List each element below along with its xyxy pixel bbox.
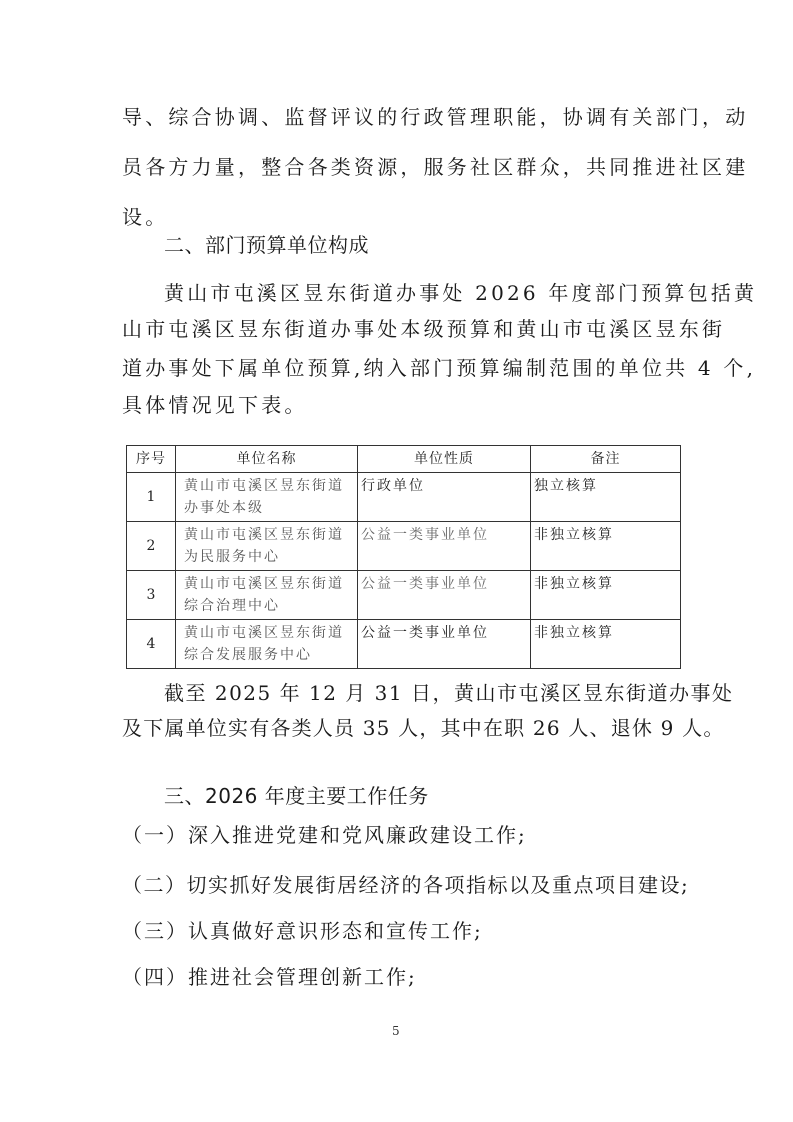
cell-index: 3: [127, 571, 176, 620]
budget-units-table: 序号 单位名称 单位性质 备注 1 黄山市屯溪区昱东街道 办事处本级 行政单位 …: [126, 445, 681, 669]
section-2-paragraph-line-2: 山市屯溪区昱东街道办事处本级预算和黄山市屯溪区昱东街: [122, 316, 682, 342]
intro-line-3: 设。: [122, 204, 682, 230]
section-3-heading: 三、2026 年度主要工作任务: [164, 783, 429, 809]
cell-unit-name: 黄山市屯溪区昱东街道 为民服务中心: [176, 522, 358, 571]
cell-remark: 非独立核算: [531, 571, 681, 620]
task-item-3: （三）认真做好意识形态和宣传工作;: [122, 918, 682, 944]
cell-unit-nature: 公益一类事业单位: [358, 571, 531, 620]
staff-line-1: 截至 2025 年 12 月 31 日，黄山市屯溪区昱东街道办事处: [164, 680, 724, 706]
table-row: 1 黄山市屯溪区昱东街道 办事处本级 行政单位 独立核算: [127, 473, 681, 522]
staff-line-2: 及下属单位实有各类人员 35 人，其中在职 26 人、退休 9 人。: [122, 715, 682, 741]
section-2-paragraph-line-4: 具体情况见下表。: [122, 392, 682, 418]
table-row: 4 黄山市屯溪区昱东街道 综合发展服务中心 公益一类事业单位 非独立核算: [127, 620, 681, 669]
header-unit-nature: 单位性质: [358, 446, 531, 473]
section-2-paragraph-line-1: 黄山市屯溪区昱东街道办事处 2026 年度部门预算包括黄: [164, 280, 724, 306]
section-2-paragraph-line-3: 道办事处下属单位预算,纳入部门预算编制范围的单位共 4 个,: [122, 355, 682, 381]
section-2-heading: 二、部门预算单位构成: [164, 232, 369, 258]
unit-name-line-1: 黄山市屯溪区昱东街道: [184, 573, 354, 595]
cell-unit-nature: 公益一类事业单位: [358, 620, 531, 669]
unit-name-line-1: 黄山市屯溪区昱东街道: [184, 622, 354, 644]
intro-line-1: 导、综合协调、监督评议的行政管理职能，协调有关部门，动: [122, 104, 682, 130]
header-unit-name: 单位名称: [176, 446, 358, 473]
cell-remark: 非独立核算: [531, 620, 681, 669]
cell-unit-name: 黄山市屯溪区昱东街道 综合发展服务中心: [176, 620, 358, 669]
unit-name-line-2: 办事处本级: [184, 497, 354, 519]
cell-unit-name: 黄山市屯溪区昱东街道 综合治理中心: [176, 571, 358, 620]
unit-name-line-1: 黄山市屯溪区昱东街道: [184, 475, 354, 497]
header-remark: 备注: [531, 446, 681, 473]
cell-remark: 非独立核算: [531, 522, 681, 571]
cell-index: 2: [127, 522, 176, 571]
unit-name-line-2: 为民服务中心: [184, 546, 354, 568]
task-item-4: （四）推进社会管理创新工作;: [122, 964, 682, 990]
cell-unit-name: 黄山市屯溪区昱东街道 办事处本级: [176, 473, 358, 522]
task-item-2: （二）切实抓好发展街居经济的各项指标以及重点项目建设;: [122, 872, 682, 898]
document-page: 导、综合协调、监督评议的行政管理职能，协调有关部门，动 员各方力量，整合各类资源…: [0, 0, 793, 1122]
unit-name-line-1: 黄山市屯溪区昱东街道: [184, 524, 354, 546]
cell-unit-nature: 公益一类事业单位: [358, 522, 531, 571]
page-number: 5: [392, 1024, 400, 1038]
intro-line-2: 员各方力量，整合各类资源，服务社区群众，共同推进社区建: [122, 154, 682, 180]
task-item-1: （一）深入推进党建和党风廉政建设工作;: [122, 822, 682, 848]
cell-index: 1: [127, 473, 176, 522]
table-header-row: 序号 单位名称 单位性质 备注: [127, 446, 681, 473]
unit-name-line-2: 综合治理中心: [184, 595, 354, 617]
header-index: 序号: [127, 446, 176, 473]
cell-index: 4: [127, 620, 176, 669]
unit-name-line-2: 综合发展服务中心: [184, 644, 354, 666]
cell-remark: 独立核算: [531, 473, 681, 522]
table-row: 3 黄山市屯溪区昱东街道 综合治理中心 公益一类事业单位 非独立核算: [127, 571, 681, 620]
table-row: 2 黄山市屯溪区昱东街道 为民服务中心 公益一类事业单位 非独立核算: [127, 522, 681, 571]
cell-unit-nature: 行政单位: [358, 473, 531, 522]
